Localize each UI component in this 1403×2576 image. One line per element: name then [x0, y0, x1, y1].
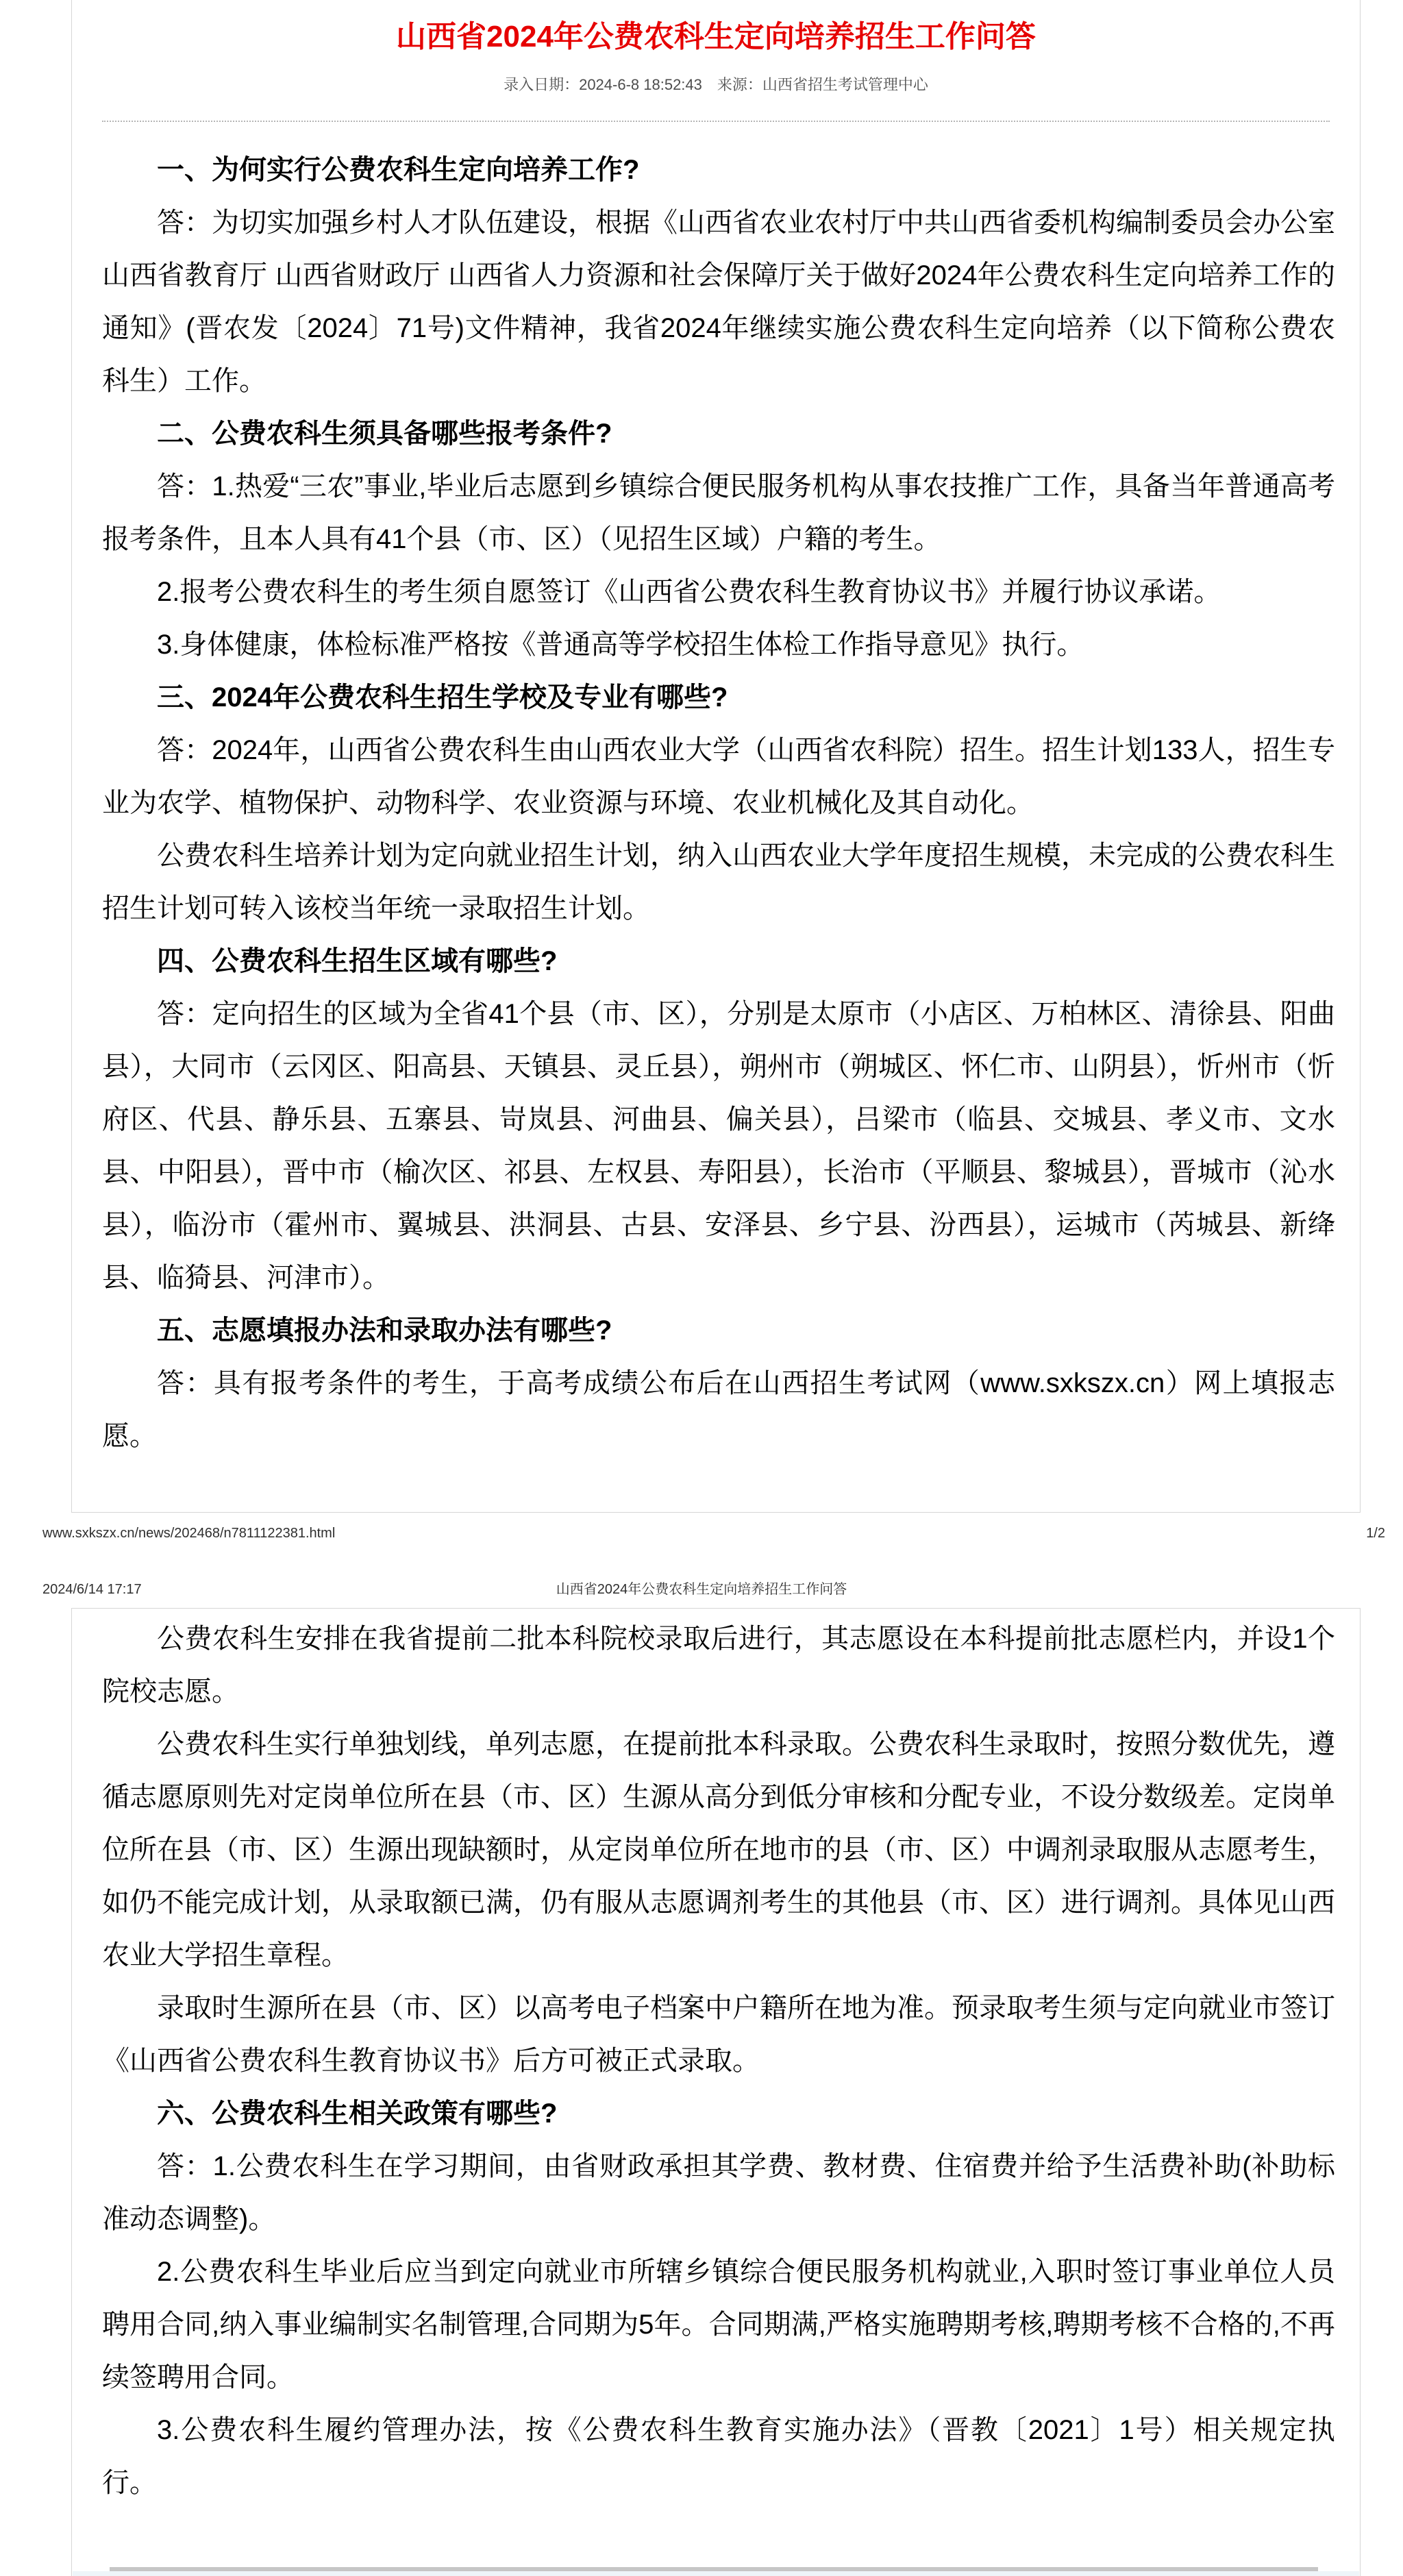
- dotted-divider: [102, 121, 1330, 122]
- answer-paragraph: 答：为切实加强乡村人才队伍建设，根据《山西省农业农村厅中共山西省委机构编制委员会…: [102, 197, 1335, 408]
- answer-paragraph: 公费农科生安排在我省提前二批本科院校录取后进行，其志愿设在本科提前批志愿栏内，并…: [102, 1613, 1335, 1718]
- article-meta: 录入日期：2024-6-8 18:52:43 来源：山西省招生考试管理中心: [102, 77, 1330, 93]
- answer-paragraph: 2.公费农科生毕业后应当到定向就业市所辖乡镇综合便民服务机构就业,入职时签订事业…: [102, 2246, 1335, 2404]
- bottom-strip: [73, 2571, 1359, 2576]
- question-heading: 一、为何实行公费农科生定向培养工作?: [102, 144, 1335, 197]
- page-2: 公费农科生安排在我省提前二批本科院校录取后进行，其志愿设在本科提前批志愿栏内，并…: [71, 1608, 1361, 2576]
- answer-paragraph: 答：2024年，山西省公费农科生由山西农业大学（山西省农科院）招生。招生计划13…: [102, 724, 1335, 830]
- answer-paragraph: 答：具有报考条件的考生，于高考成绩公布后在山西招生考试网（www.sxkszx.…: [102, 1357, 1335, 1463]
- answer-paragraph: 录取时生源所在县（市、区）以高考电子档案中户籍所在地为准。预录取考生须与定向就业…: [102, 1982, 1335, 2088]
- print-footer-url: www.sxkszx.cn/news/202468/n7811122381.ht…: [42, 1525, 335, 1541]
- question-heading: 二、公费农科生须具备哪些报考条件?: [102, 408, 1335, 460]
- print-header-title: 山西省2024年公费农科生定向培养招生工作问答: [0, 1581, 1403, 1598]
- question-heading: 五、志愿填报办法和录取办法有哪些?: [102, 1304, 1335, 1357]
- print-footer-page-number: 1/2: [1366, 1525, 1385, 1541]
- answer-paragraph: 公费农科生实行单独划线，单列志愿，在提前批本科录取。公费农科生录取时，按照分数优…: [102, 1718, 1335, 1982]
- answer-paragraph: 公费农科生培养计划为定向就业招生计划，纳入山西农业大学年度招生规模，未完成的公费…: [102, 830, 1335, 935]
- question-heading: 三、2024年公费农科生招生学校及专业有哪些?: [102, 671, 1335, 724]
- question-heading: 六、公费农科生相关政策有哪些?: [102, 2088, 1335, 2140]
- page-1: 山西省2024年公费农科生定向培养招生工作问答 录入日期：2024-6-8 18…: [71, 0, 1361, 1513]
- answer-paragraph: 答：1.热爱“三农”事业,毕业后志愿到乡镇综合便民服务机构从事农技推广工作，具备…: [102, 460, 1335, 566]
- answer-paragraph: 2.报考公费农科生的考生须自愿签订《山西省公费农科生教育协议书》并履行协议承诺。: [102, 566, 1335, 619]
- article-title: 山西省2024年公费农科生定向培养招生工作问答: [102, 21, 1330, 53]
- page1-content: 一、为何实行公费农科生定向培养工作? 答：为切实加强乡村人才队伍建设，根据《山西…: [102, 144, 1335, 1463]
- question-heading: 四、公费农科生招生区域有哪些?: [102, 935, 1335, 988]
- answer-paragraph: 3.身体健康，体检标准严格按《普通高等学校招生体检工作指导意见》执行。: [102, 619, 1335, 671]
- answer-paragraph: 答：定向招生的区域为全省41个县（市、区），分别是太原市（小店区、万柏林区、清徐…: [102, 988, 1335, 1304]
- answer-paragraph: 3.公费农科生履约管理办法，按《公费农科生教育实施办法》（晋教〔2021〕1号）…: [102, 2404, 1335, 2510]
- page2-content: 公费农科生安排在我省提前二批本科院校录取后进行，其志愿设在本科提前批志愿栏内，并…: [102, 1613, 1335, 2510]
- answer-paragraph: 答：1.公费农科生在学习期间，由省财政承担其学费、教材费、住宿费并给予生活费补助…: [102, 2140, 1335, 2246]
